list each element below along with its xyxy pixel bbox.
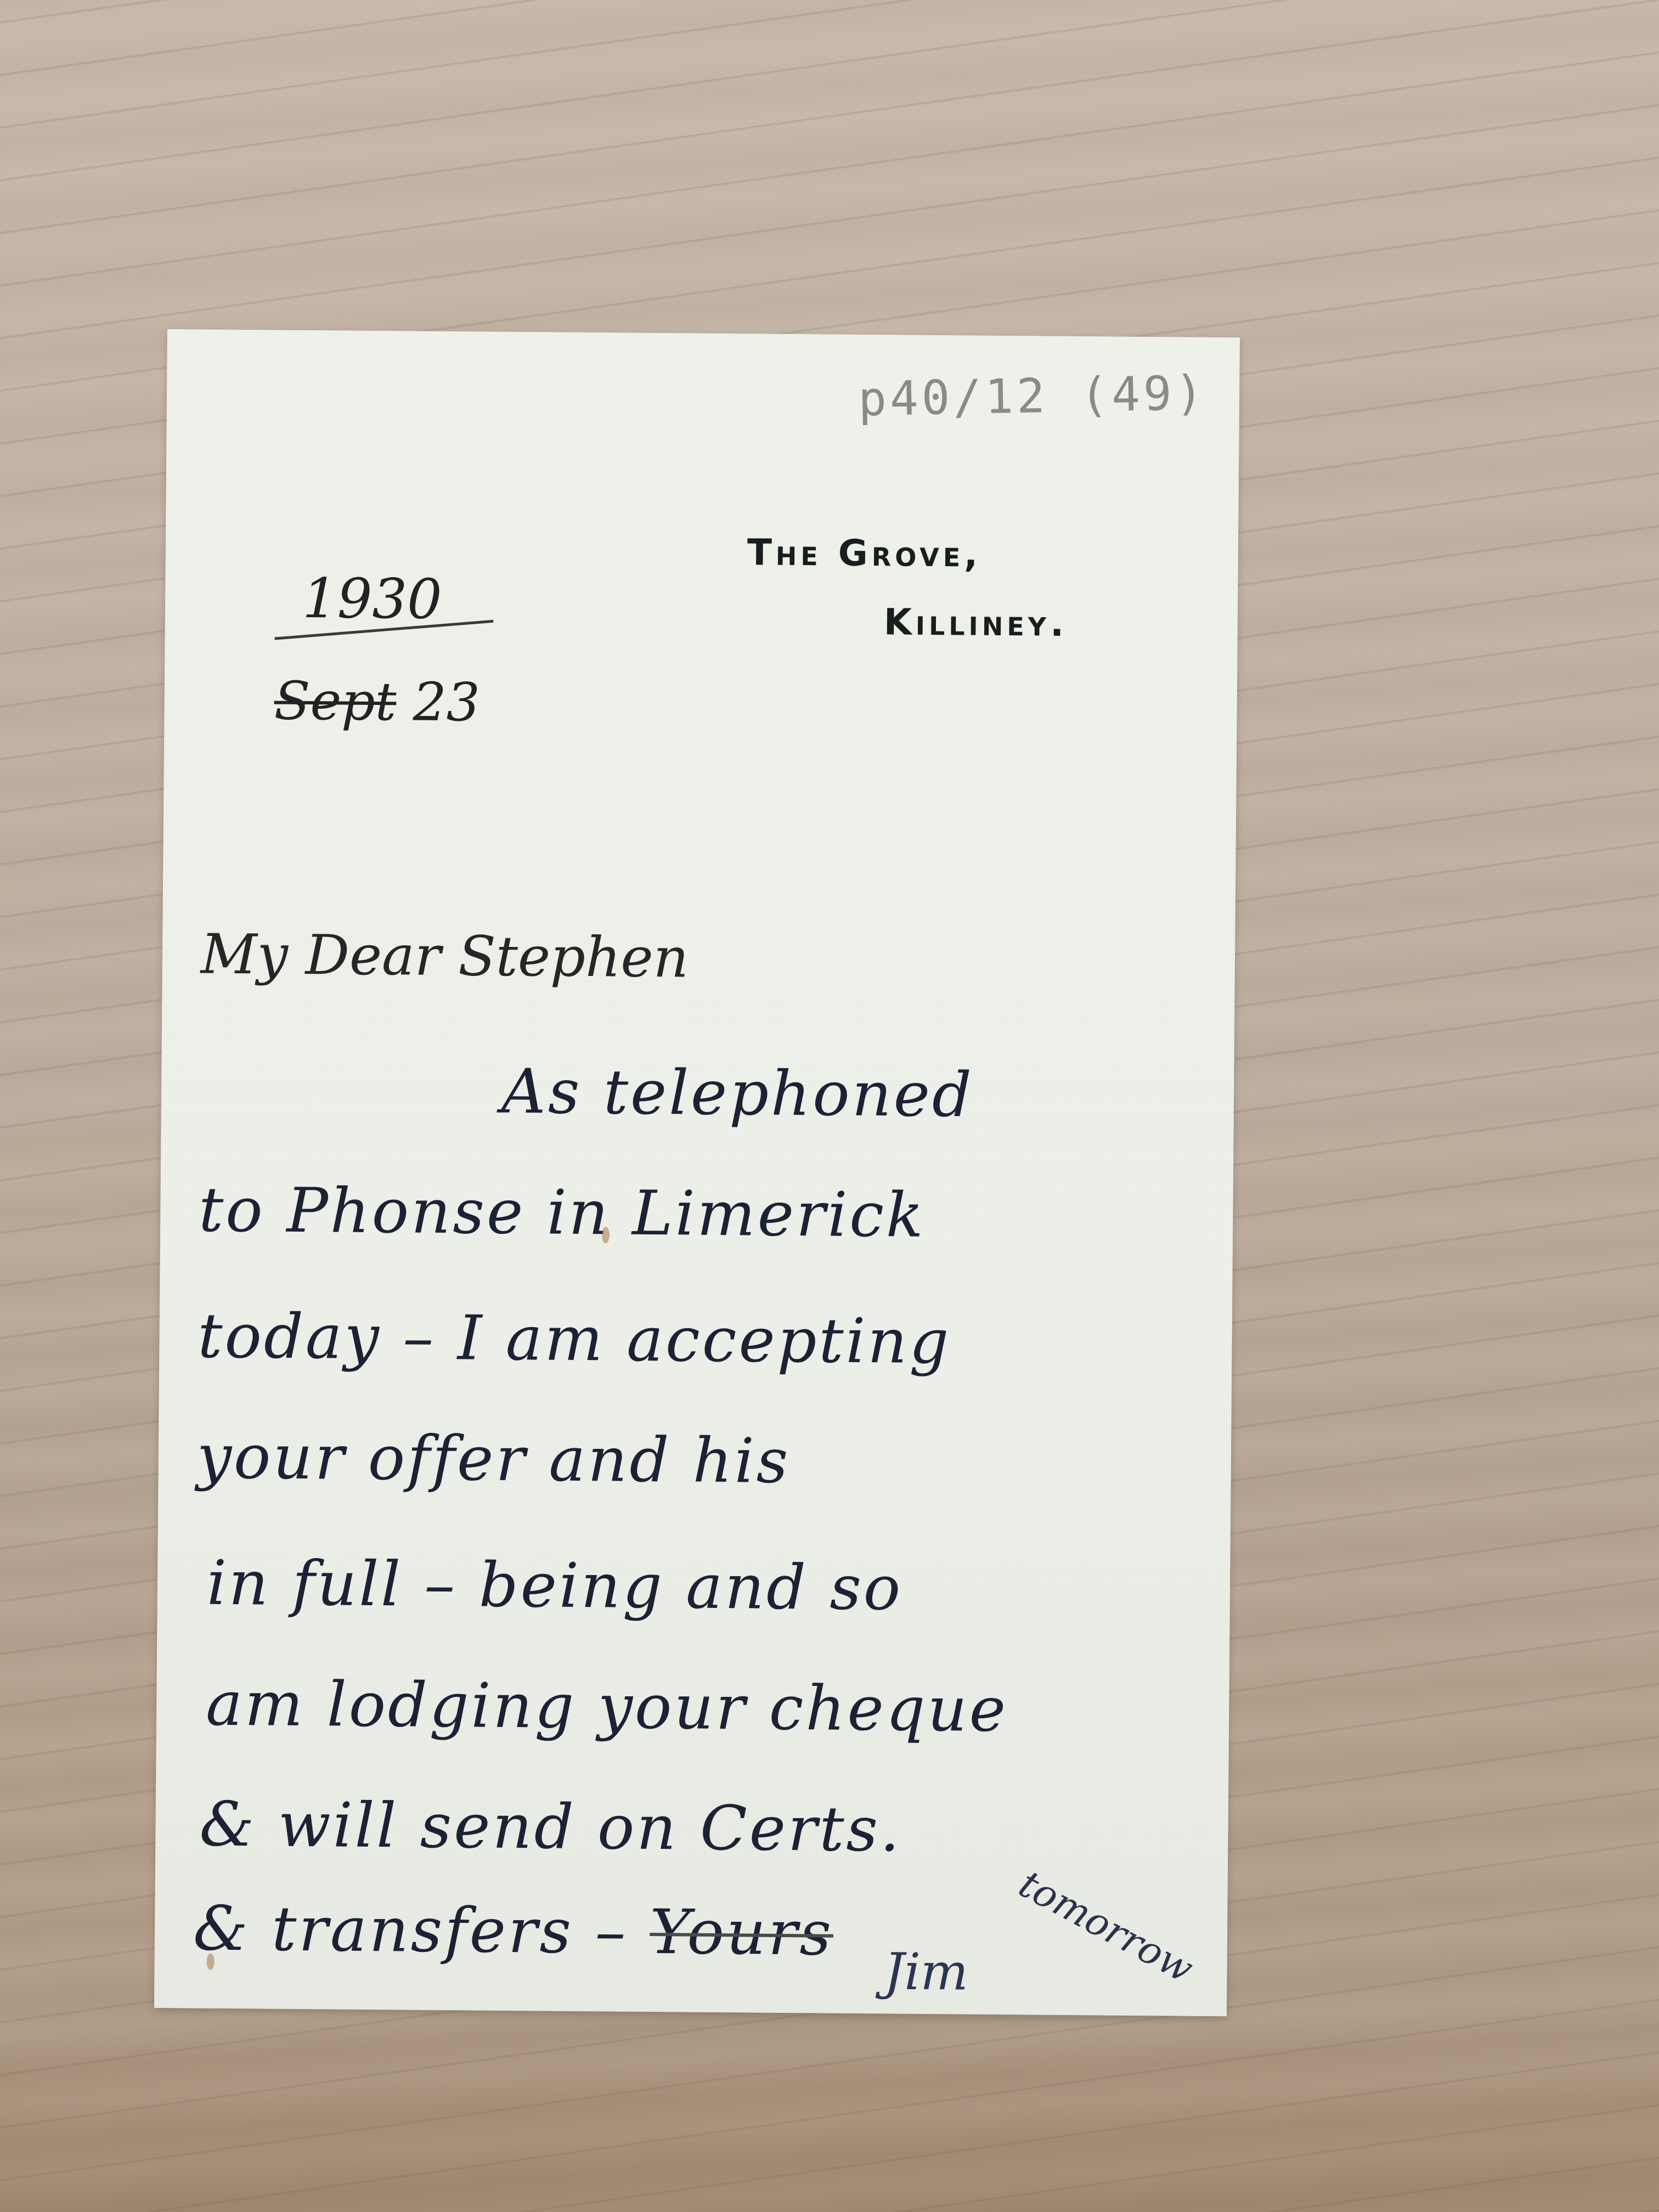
body-line-3: today – I am accepting bbox=[198, 1300, 951, 1378]
date-month-day: Sept 23 bbox=[274, 670, 480, 733]
body-line-4: your offer and his bbox=[196, 1421, 790, 1497]
closing-struck: Yours bbox=[650, 1897, 834, 1970]
body-line-8-text: & transfers – bbox=[193, 1893, 629, 1967]
printed-letterhead: The Grove, Killiney. bbox=[747, 531, 1069, 645]
date-year: 1930 bbox=[302, 566, 442, 631]
signature: Jim bbox=[884, 1942, 968, 2001]
date-month-struck: Sept bbox=[274, 670, 396, 733]
body-line-6: am lodging your cheque bbox=[206, 1668, 1008, 1746]
body-line-7: & will send on Certs. bbox=[199, 1789, 902, 1866]
letterhead-locality: Killiney. bbox=[884, 601, 1068, 645]
letterhead-house-name: The Grove, bbox=[747, 531, 1069, 576]
date-day: 23 bbox=[413, 672, 480, 733]
inserted-word-tomorrow: tomorrow bbox=[1012, 1861, 1201, 1991]
letter-card: p40/12 (49) The Grove, Killiney. 1930 Se… bbox=[154, 329, 1240, 2016]
salutation: My Dear Stephen bbox=[201, 922, 689, 990]
body-line-8: & transfers – Yours bbox=[193, 1893, 834, 1969]
body-line-1: As telephoned bbox=[501, 1056, 974, 1131]
paper-stain bbox=[207, 1954, 215, 1970]
archive-reference-pencil: p40/12 (49) bbox=[857, 366, 1207, 427]
body-line-5: in full – being and so bbox=[207, 1548, 903, 1624]
body-line-2: to Phonse in Limerick bbox=[199, 1175, 926, 1251]
desk-surface-shadow bbox=[0, 2002, 1659, 2212]
